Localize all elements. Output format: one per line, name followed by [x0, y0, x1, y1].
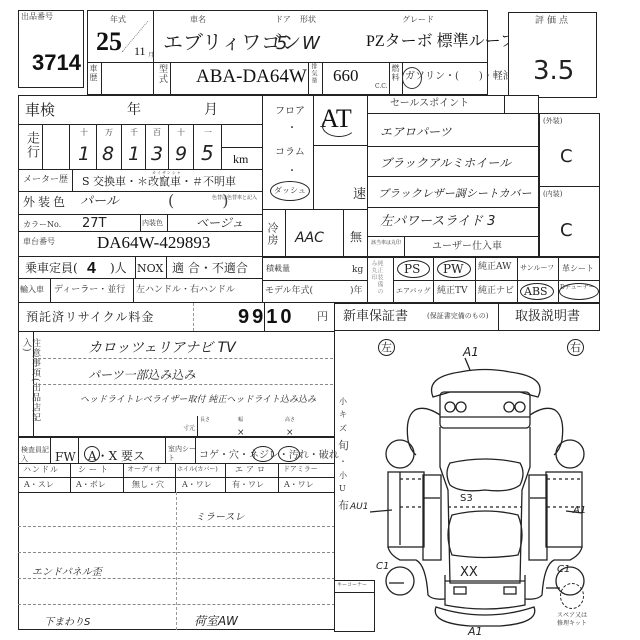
lot-number-box — [18, 10, 84, 88]
grade-label: グレード — [402, 16, 434, 24]
dims-height: 高さ — [285, 418, 295, 423]
chassis-value: DA64W-429893 — [97, 234, 210, 251]
inspector-note-cargo: 荷室AW — [194, 615, 238, 627]
equip-aw: 純正AW — [478, 263, 511, 272]
note-line-1: カロッツェリアナビ TV — [88, 341, 236, 355]
inspector-label: 検査員記入 — [21, 446, 49, 464]
seat-option-circle-1 — [252, 446, 274, 462]
capacity-label-post: )人 — [110, 262, 127, 274]
diagram-left-circle — [378, 339, 395, 356]
side-legend-4: ・ — [339, 458, 347, 466]
mileage-digit-label-1: 万 — [105, 129, 113, 137]
side-legend-5: 小 — [339, 472, 347, 480]
note-line-3: ヘッドライトレベライザー取付 純正ヘッドライト込み込み — [80, 396, 316, 405]
inspector-note-under: 下まわりS — [44, 618, 90, 628]
warranty-note: (保証書完備のもの) — [427, 313, 488, 320]
import-handle: 左ハンドル・右ハンドル — [136, 286, 235, 295]
dims-length: 長さ — [200, 418, 210, 423]
score-label: 評価点 — [535, 17, 571, 26]
seat-label: 室内シート — [168, 445, 196, 463]
ac-label: 冷房 — [267, 222, 278, 246]
mileage-digit-label-4: 十 — [177, 129, 185, 137]
exterior-color-note: 色替は色替車と記入 — [212, 195, 257, 201]
displacement-label: 排気量 — [310, 63, 316, 84]
fw-a-circle — [84, 446, 100, 462]
details-box — [18, 95, 265, 335]
sales-point-3: ブラックレザー調シートカバー — [378, 188, 531, 199]
manual-label: 取扱説明書 — [515, 310, 580, 323]
body-type-label: 形状 — [300, 16, 316, 24]
nox-label: NOX — [137, 263, 163, 274]
mileage-digit-0: 1 — [78, 145, 90, 164]
mileage-digit-3: 3 — [151, 145, 163, 164]
lot-number-label: 出品番号 — [21, 13, 53, 21]
score-value: 3.5 — [533, 58, 574, 84]
shift-dot-1: ・ — [287, 124, 297, 134]
displacement-value: 660 — [333, 67, 359, 84]
doors-label: ドア — [275, 16, 291, 24]
parts-header-handle: ハンドル — [23, 466, 59, 474]
exterior-grade-label: (外装) — [543, 118, 562, 125]
parts-value-aero: 有・ワレ — [232, 481, 264, 489]
inspection-year-label: 年 — [127, 103, 141, 117]
parts-value-mirror: A・ワレ — [284, 481, 314, 489]
import-label: 輸入車 — [20, 286, 44, 294]
year-label: 年式 — [110, 16, 126, 24]
seat-option-circle-2 — [278, 446, 300, 462]
parts-value-wheel: A・ワレ — [182, 481, 212, 489]
equipment-side-label: 純正装備のみ丸印 — [370, 260, 382, 300]
user-car-label: ユーザー仕入車 — [432, 242, 502, 252]
dims-width: 幅 — [238, 418, 243, 423]
color-no-label: カラーNo. — [23, 221, 61, 229]
exterior-grade-value: C — [560, 148, 573, 166]
sales-point-1: エアロパーツ — [380, 126, 452, 138]
equip-sunroof: サンルーフ — [520, 265, 554, 272]
capacity-label-pre: 乗車定員( — [25, 262, 78, 274]
lot-number-value: 3714 — [32, 52, 81, 74]
body-type-value: W — [302, 35, 320, 53]
interior-grade-value: C — [560, 222, 573, 240]
mileage-digit-label-5: 一 — [204, 129, 212, 137]
model-code-label: 型式 — [157, 64, 166, 84]
mileage-label: 走行 — [25, 131, 38, 159]
side-legend-7: 布 — [338, 500, 349, 511]
note-line-2: パーツ一部込み込み — [88, 369, 196, 381]
history-label: 車歴 — [89, 64, 97, 82]
mileage-digit-label-2: 千 — [130, 129, 138, 137]
mileage-unit: km — [233, 153, 248, 165]
grade-value: PZターボ 標準ルーフ — [366, 34, 516, 50]
exterior-color-label: 外装色 — [23, 196, 68, 208]
parts-header-aero: エアロ — [235, 466, 268, 474]
sales-point-2: ブラックアルミホイール — [380, 157, 511, 169]
meter-history-options: S 交換車・＊改竄車・＃不明車 — [82, 176, 236, 187]
model-year-unit: )年 — [350, 287, 363, 296]
parts-header-mirror: ドアミラー — [283, 466, 318, 473]
load-unit: kg — [352, 266, 363, 275]
exterior-color-value: パール — [80, 195, 119, 208]
color-no-value: 27T — [82, 217, 106, 230]
car-name-label: 車名 — [190, 16, 206, 24]
load-label: 積載量 — [266, 265, 290, 273]
notes-label: 注意事項(出品店記入) — [21, 338, 39, 434]
parts-value-seat: A・ボレ — [76, 481, 106, 489]
mileage-digit-5: 5 — [201, 143, 214, 163]
parts-header-wheel: ホイル(カバー) — [177, 467, 218, 473]
meter-history-label: メーター歴 — [23, 176, 68, 185]
transmission-circle — [322, 115, 356, 137]
mileage-digit-2: 1 — [128, 145, 140, 164]
side-legend-6: U — [339, 485, 346, 493]
sales-point-4: 左パワースライド 3 — [380, 215, 495, 228]
capacity-value: 4 — [87, 261, 96, 277]
recycle-unit: 円 — [317, 311, 328, 322]
inspection-month-label: 月 — [204, 103, 218, 117]
mileage-digit-label-0: 十 — [80, 129, 88, 137]
dims-label: 寸元 — [183, 426, 195, 432]
mileage-digit-4: 9 — [175, 145, 187, 164]
chassis-label: 車台番号 — [23, 238, 55, 246]
sales-points-label: セールスポイント — [390, 99, 469, 109]
equip-leather: 革シート — [562, 265, 594, 273]
recycle-value: 9910 — [238, 307, 295, 327]
recycle-label: 預託済リサイクル料金 — [26, 311, 154, 323]
mileage-digit-label-3: 百 — [153, 129, 161, 137]
year-value: 25 — [96, 29, 122, 55]
diagram-left-door: AU1 — [350, 503, 368, 512]
equip-abs-circle — [520, 283, 554, 300]
parts-value-audio: 無し・穴 — [132, 481, 164, 489]
ac-none: 無 — [350, 231, 362, 243]
parts-header-seat: シート — [78, 466, 111, 474]
equip-dtuner-circle — [559, 283, 599, 300]
equip-airbag: エアバッグ — [396, 288, 430, 295]
key-corner-label: キーコーナー — [337, 583, 367, 588]
shift-floor: フロア — [275, 107, 305, 117]
warranty-label: 新車保証書 — [343, 310, 408, 323]
shift-dash-circle — [270, 181, 310, 201]
shift-column: コラム — [275, 148, 305, 158]
side-legend-0: 小 — [339, 398, 347, 406]
month-unit: 月 — [148, 53, 154, 59]
interior-color-label: 内装色 — [142, 220, 163, 227]
equip-ps-circle — [397, 260, 430, 278]
mileage-digit-1: 8 — [102, 145, 114, 164]
equip-navi: 純正ナビ — [478, 287, 514, 296]
interior-color-value: ベージュ — [196, 217, 244, 229]
inspection-label: 車検 — [25, 103, 55, 118]
doors-value: 5 — [276, 35, 287, 53]
inspector-note-endpanel: エンドパネル歪 — [32, 568, 102, 578]
fuel-selected-circle — [402, 67, 422, 89]
nox-options: 適 合・不適合 — [172, 262, 248, 274]
model-year-label: モデル年式( — [265, 287, 313, 296]
shift-dot-2: ・ — [287, 167, 297, 177]
equip-tv: 純正TV — [437, 287, 468, 296]
diagram-right-circle — [567, 339, 584, 356]
parts-value-handle: A・スレ — [24, 481, 54, 489]
speed-label: 速 — [353, 188, 366, 201]
inspector-note-mirror: ミラースレ — [195, 513, 245, 523]
fw-label: FW — [55, 451, 76, 463]
ac-value: AAC — [295, 231, 324, 245]
side-legend-3: 旬 — [338, 440, 349, 451]
parts-header-audio: オーディオ — [127, 466, 161, 473]
displacement-unit: C.C. — [375, 84, 388, 90]
applicable-label: 該当車は丸印 — [371, 240, 401, 247]
fuel-label: 燃料 — [391, 64, 399, 82]
car-diagram-icon — [370, 355, 600, 630]
side-legend-1: キ — [339, 411, 347, 419]
import-dealer: ディーラー・並行 — [54, 286, 125, 295]
interior-grade-label: (内装) — [543, 191, 562, 198]
month-value: 11 — [134, 45, 146, 57]
model-code-value: ABA-DA64W — [196, 67, 307, 86]
equip-pw-circle — [437, 260, 471, 278]
side-legend-2: ズ — [339, 425, 347, 433]
